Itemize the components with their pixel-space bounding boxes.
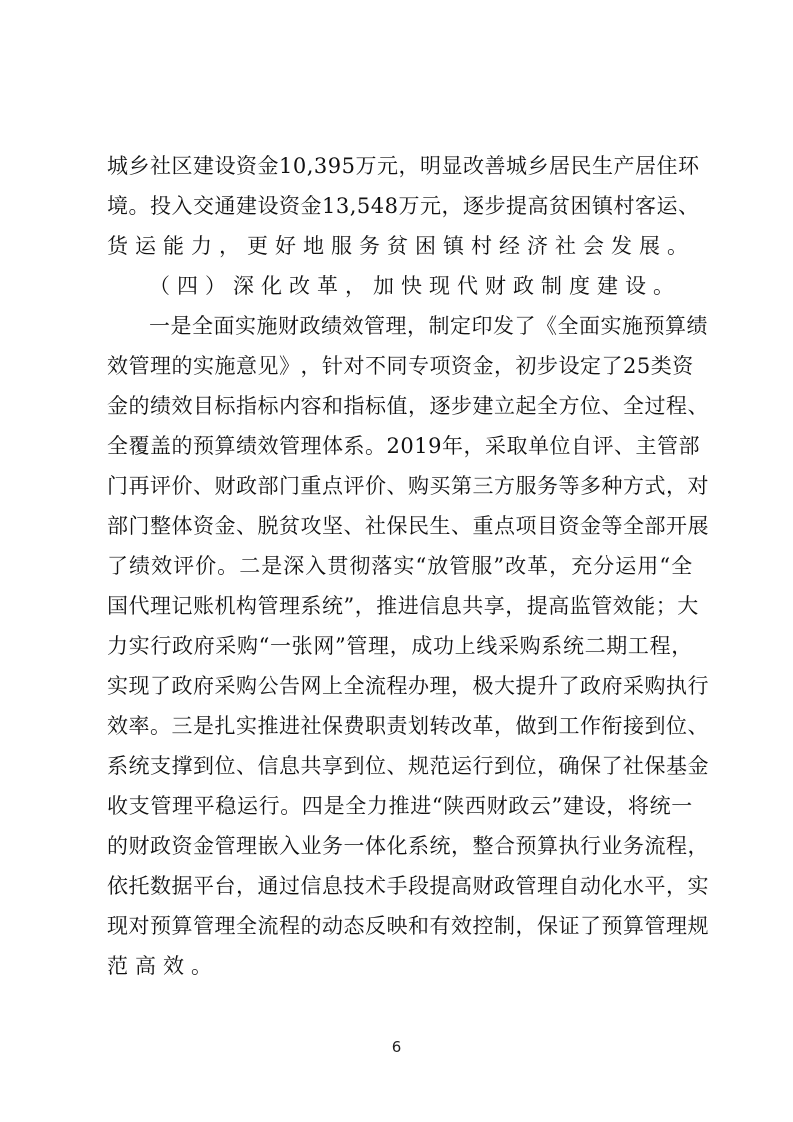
text-line: 范高效。 bbox=[107, 946, 693, 986]
text-line: 了绩效评价。二是深入贯彻落实“放管服”改革，充分运用“全 bbox=[107, 546, 693, 586]
text-line: 现对预算管理全流程的动态反映和有效控制，保证了预算管理规 bbox=[107, 906, 693, 946]
text-line: 一是全面实施财政绩效管理，制定印发了《全面实施预算绩 bbox=[107, 306, 693, 346]
document-page: 城乡社区建设资金10,395万元，明显改善城乡居民生产居住环 境。投入交通建设资… bbox=[0, 0, 793, 1122]
text-line: 效管理的实施意见》，针对不同专项资金，初步设定了25类资 bbox=[107, 346, 693, 386]
text-line: 金的绩效目标指标内容和指标值，逐步建立起全方位、全过程、 bbox=[107, 386, 693, 426]
text-line: 全覆盖的预算绩效管理体系。2019年，采取单位自评、主管部 bbox=[107, 426, 693, 466]
text-line: 实现了政府采购公告网上全流程办理，极大提升了政府采购执行 bbox=[107, 666, 693, 706]
section-heading: （四）深化改革，加快现代财政制度建设。 bbox=[107, 266, 693, 306]
text-line: 收支管理平稳运行。四是全力推进“陕西财政云”建设，将统一 bbox=[107, 786, 693, 826]
text-line: 力实行政府采购“一张网”管理，成功上线采购系统二期工程， bbox=[107, 626, 693, 666]
body-text: 城乡社区建设资金10,395万元，明显改善城乡居民生产居住环 境。投入交通建设资… bbox=[107, 146, 693, 986]
text-line: 系统支撑到位、信息共享到位、规范运行到位，确保了社保基金 bbox=[107, 746, 693, 786]
text-line: 的财政资金管理嵌入业务一体化系统，整合预算执行业务流程， bbox=[107, 826, 693, 866]
text-line: 城乡社区建设资金10,395万元，明显改善城乡居民生产居住环 bbox=[107, 146, 693, 186]
text-line: 境。投入交通建设资金13,548万元，逐步提高贫困镇村客运、 bbox=[107, 186, 693, 226]
text-line: 门再评价、财政部门重点评价、购买第三方服务等多种方式，对 bbox=[107, 466, 693, 506]
page-number: 6 bbox=[0, 1038, 793, 1056]
text-line: 货运能力，更好地服务贫困镇村经济社会发展。 bbox=[107, 226, 693, 266]
text-line: 依托数据平台，通过信息技术手段提高财政管理自动化水平，实 bbox=[107, 866, 693, 906]
text-line: 国代理记账机构管理系统”，推进信息共享，提高监管效能；大 bbox=[107, 586, 693, 626]
text-line: 效率。三是扎实推进社保费职责划转改革，做到工作衔接到位、 bbox=[107, 706, 693, 746]
text-line: 部门整体资金、脱贫攻坚、社保民生、重点项目资金等全部开展 bbox=[107, 506, 693, 546]
